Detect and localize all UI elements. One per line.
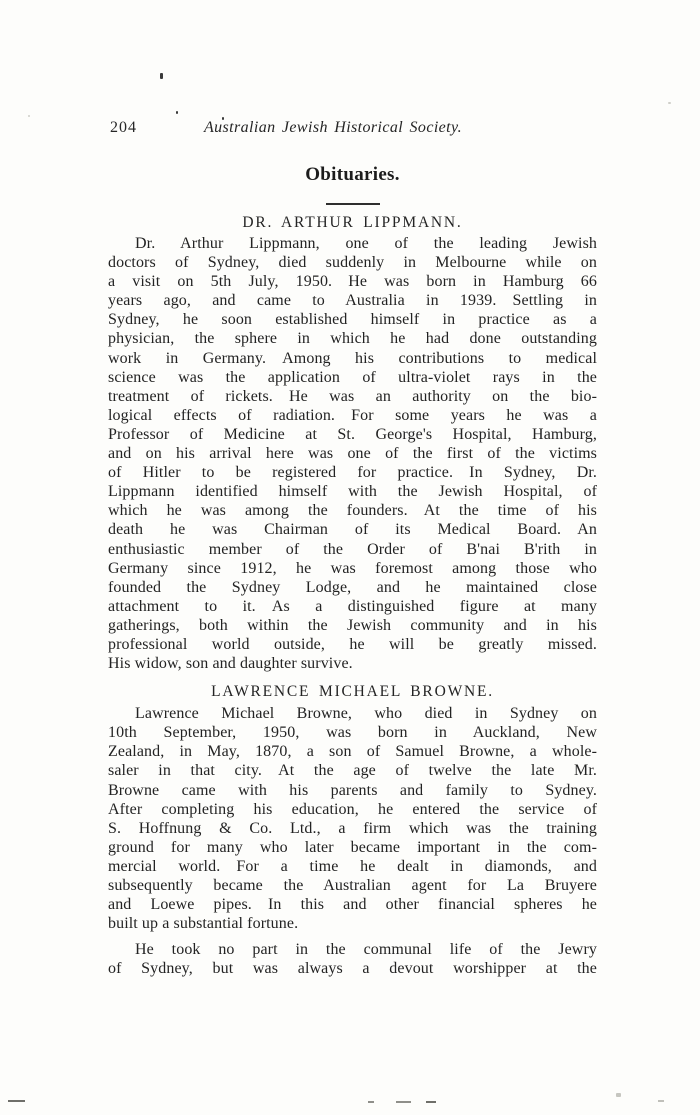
obituary-paragraph-lippmann: Dr. Arthur Lippmann, one of the leading …	[108, 234, 597, 673]
text-line: of Sydney, but was always a devout worsh…	[108, 959, 597, 978]
text-line: physician, the sphere in which he had do…	[108, 329, 597, 348]
obituary-paragraph-browne-1: Lawrence Michael Browne, who died in Syd…	[108, 704, 597, 933]
obituary-heading-lippmann: DR. ARTHUR LIPPMANN.	[108, 214, 597, 231]
scan-speckle	[616, 1093, 621, 1097]
text-line: treatment of rickets. He was an authorit…	[108, 387, 597, 406]
running-title: Australian Jewish Historical Society.	[166, 119, 500, 137]
text-line: mercial world. For a time he dealt in di…	[108, 857, 597, 876]
text-line: Professor of Medicine at St. George's Ho…	[108, 425, 597, 444]
text-line: S. Hoffnung & Co. Ltd., a firm which was…	[108, 819, 597, 838]
scan-speckle	[160, 73, 163, 79]
page-number: 204	[110, 119, 137, 137]
text-line: He took no part in the communal life of …	[108, 940, 597, 959]
scan-speckle	[222, 117, 224, 120]
scan-speckle	[668, 102, 671, 104]
text-line: of Hitler to be registered for practice.…	[108, 463, 597, 482]
text-line: and Loewe pipes. In this and other finan…	[108, 895, 597, 914]
text-line: a visit on 5th July, 1950. He was born i…	[108, 272, 597, 291]
scan-edge-mark	[8, 1100, 25, 1102]
obituary-heading-browne: LAWRENCE MICHAEL BROWNE.	[108, 683, 597, 700]
text-line: Sydney, he soon established himself in p…	[108, 310, 597, 329]
text-line: Browne came with his parents and family …	[108, 781, 597, 800]
text-line: doctors of Sydney, died suddenly in Melb…	[108, 253, 597, 272]
text-line: enthusiastic member of the Order of B'na…	[108, 540, 597, 559]
text-line: years ago, and came to Australia in 1939…	[108, 291, 597, 310]
text-line: 10th September, 1950, was born in Auckla…	[108, 723, 597, 742]
text-line: saler in that city. At the age of twelve…	[108, 761, 597, 780]
text-line: work in Germany. Among his contributions…	[108, 349, 597, 368]
text-column: 204 Australian Jewish Historical Society…	[108, 119, 597, 978]
text-line: After completing his education, he enter…	[108, 800, 597, 819]
text-line: which he was among the founders. At the …	[108, 501, 597, 520]
text-line: and on his arrival here was one of the f…	[108, 444, 597, 463]
text-line: gatherings, both within the Jewish commu…	[108, 616, 597, 635]
text-line: ground for many who later became importa…	[108, 838, 597, 857]
text-line: Lawrence Michael Browne, who died in Syd…	[108, 704, 597, 723]
scan-edge-mark	[658, 1100, 664, 1102]
text-line: attachment to it. As a distinguished fig…	[108, 597, 597, 616]
text-line: Dr. Arthur Lippmann, one of the leading …	[108, 234, 597, 253]
text-line: founded the Sydney Lodge, and he maintai…	[108, 578, 597, 597]
text-line: science was the application of ultra-vio…	[108, 368, 597, 387]
scan-edge-mark	[396, 1101, 411, 1103]
page-title: Obituaries.	[108, 164, 597, 186]
scan-edge-mark	[426, 1101, 436, 1103]
text-line: Lippmann identified himself with the Jew…	[108, 482, 597, 501]
text-line: His widow, son and daughter survive.	[108, 654, 597, 673]
text-line: subsequently became the Australian agent…	[108, 876, 597, 895]
scanned-document-page: 204 Australian Jewish Historical Society…	[0, 0, 700, 1115]
obituary-paragraph-browne-2: He took no part in the communal life of …	[108, 940, 597, 978]
text-line: logical effects of radiation. For some y…	[108, 406, 597, 425]
text-line: death he was Chairman of its Medical Boa…	[108, 520, 597, 539]
text-line: Germany since 1912, he was foremost amon…	[108, 559, 597, 578]
scan-speckle	[176, 111, 178, 114]
scan-edge-mark	[368, 1101, 374, 1103]
text-line: professional world outside, he will be g…	[108, 635, 597, 654]
running-header: 204 Australian Jewish Historical Society…	[108, 119, 597, 138]
scan-speckle	[28, 115, 30, 117]
text-line: Zealand, in May, 1870, a son of Samuel B…	[108, 742, 597, 761]
text-line: built up a substantial fortune.	[108, 914, 597, 933]
title-divider-rule	[326, 203, 380, 205]
